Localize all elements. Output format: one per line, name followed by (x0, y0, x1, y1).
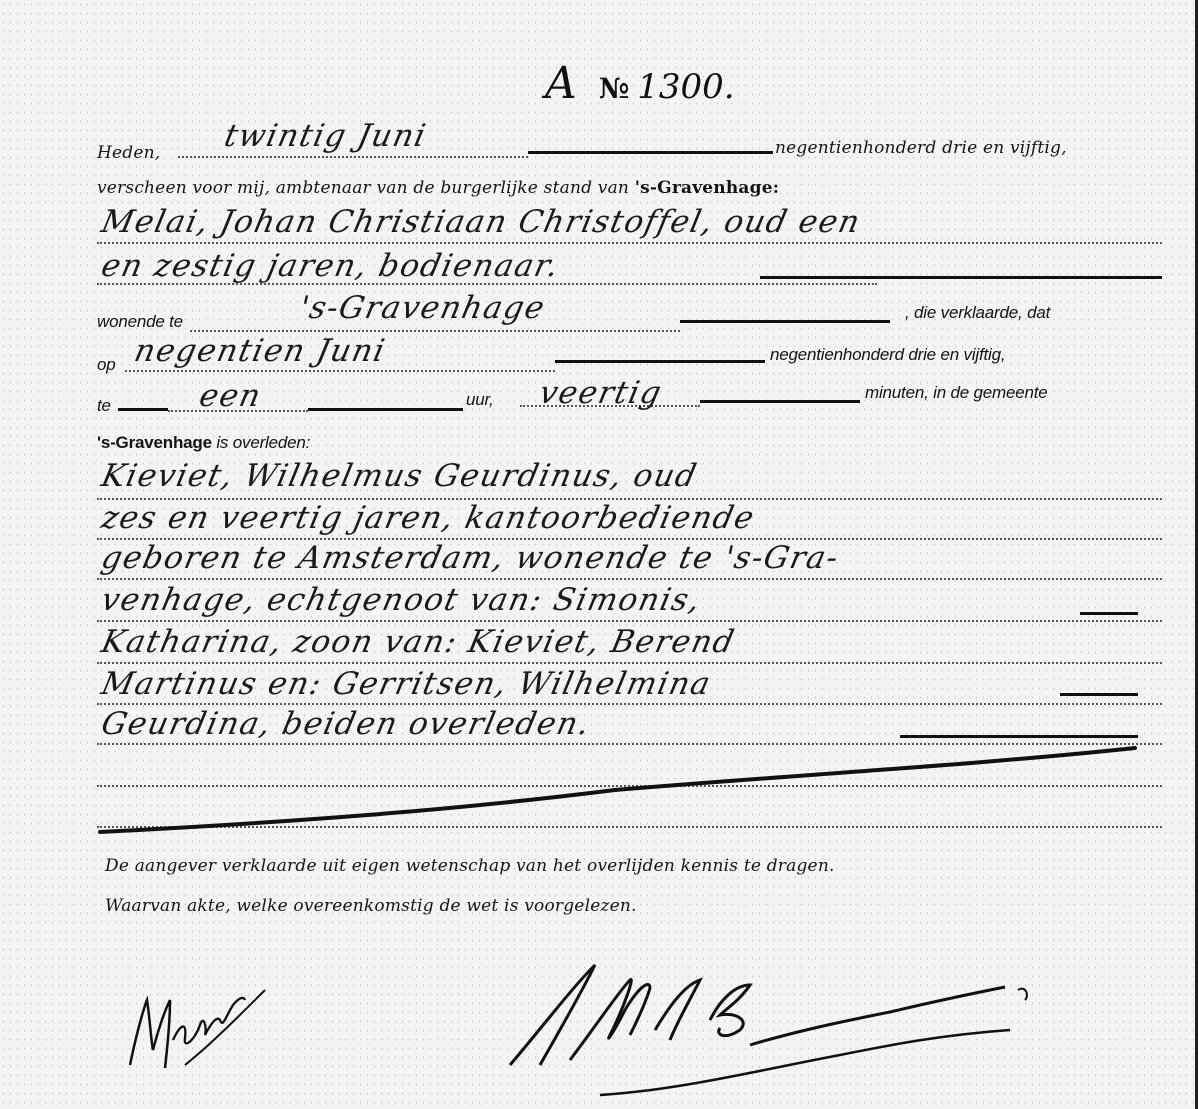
printed-op: op (97, 355, 116, 375)
printed-footer-2: Waarvan akte, welke overeenkomstig de we… (105, 896, 637, 916)
hw-deceased-line-4: venhage, echtgenoot van: Simonis, (98, 582, 704, 618)
hw-date-day: twintig Juni (221, 118, 430, 154)
hw-hour: een (196, 378, 265, 414)
fill-line-solid (118, 408, 168, 411)
fill-line (97, 620, 1162, 622)
fill-line (97, 242, 1162, 244)
city-name: 's-Gravenhage (97, 433, 212, 452)
printed-uur: uur, (466, 390, 494, 410)
certificate-number-value: 1300. (637, 67, 734, 107)
fill-line (97, 578, 1162, 580)
hw-deceased-line-5: Katharina, zoon van: Kieviet, Berend (98, 624, 738, 660)
hw-residence: 's-Gravenhage (296, 290, 549, 326)
fill-line-solid (528, 151, 773, 154)
fill-line-solid (700, 400, 860, 403)
hw-deceased-line-7: Geurdina, beiden overleden. (98, 706, 594, 742)
certificate-number: A№1300. (545, 58, 735, 109)
fill-line (97, 662, 1162, 664)
printed-die-verklaarde: , die verklaarde, dat (905, 303, 1050, 323)
printed-year-2: negentienhonderd drie en vijftig, (770, 345, 1005, 365)
printed-te: te (97, 396, 111, 416)
printed-footer-1: De aangever verklaarde uit eigen wetensc… (105, 856, 835, 876)
hw-deceased-line-2: zes en veertig jaren, kantoorbediende (98, 500, 758, 536)
printed-verscheen: verscheen voor mij, ambtenaar van de bur… (97, 178, 779, 198)
printed-minuten: minuten, in de gemeente (865, 383, 1048, 403)
hw-deceased-line-6: Martinus en: Gerritsen, Wilhelmina (98, 666, 715, 702)
printed-heden: Heden, (97, 143, 160, 163)
printed-year-1: negentienhonderd drie en vijftig, (775, 138, 1067, 158)
hw-deceased-line-3: geboren te Amsterdam, wonende te 's-Gra- (98, 540, 842, 576)
fill-line (125, 370, 555, 372)
hw-declarant-line-1: Melai, Johan Christiaan Christoffel, oud… (98, 204, 864, 240)
printed-wonende-te: wonende te (97, 312, 183, 332)
fill-line (178, 156, 528, 158)
printed-overleden: 's-Gravenhage is overleden: (97, 433, 310, 453)
fill-line-solid (900, 735, 1138, 738)
fill-line-solid (1060, 693, 1138, 696)
hw-declarant-line-2: en zestig jaren, bodienaar. (98, 248, 563, 284)
fill-line-solid (680, 320, 890, 323)
hw-deceased-line-1: Kieviet, Wilhelmus Geurdinus, oud (98, 458, 701, 494)
hw-minutes: veertig (536, 375, 665, 411)
death-certificate-document: A№1300. Heden, twintig Juni negentienhon… (0, 0, 1198, 1109)
closing-stroke (95, 740, 1155, 840)
fill-line (97, 703, 1162, 705)
fill-line-solid (1080, 612, 1138, 615)
hw-death-date: negentien Juni (131, 333, 389, 369)
city-name: 's-Gravenhage (635, 178, 773, 198)
registrar-signature (420, 950, 1060, 1100)
fill-line (190, 330, 680, 332)
fill-line-solid (760, 276, 1162, 279)
declarant-signature (125, 970, 270, 1085)
fill-line-solid (555, 360, 765, 363)
fill-line-solid (308, 408, 463, 411)
number-symbol: № (599, 72, 629, 105)
register-letter: A (545, 58, 577, 109)
